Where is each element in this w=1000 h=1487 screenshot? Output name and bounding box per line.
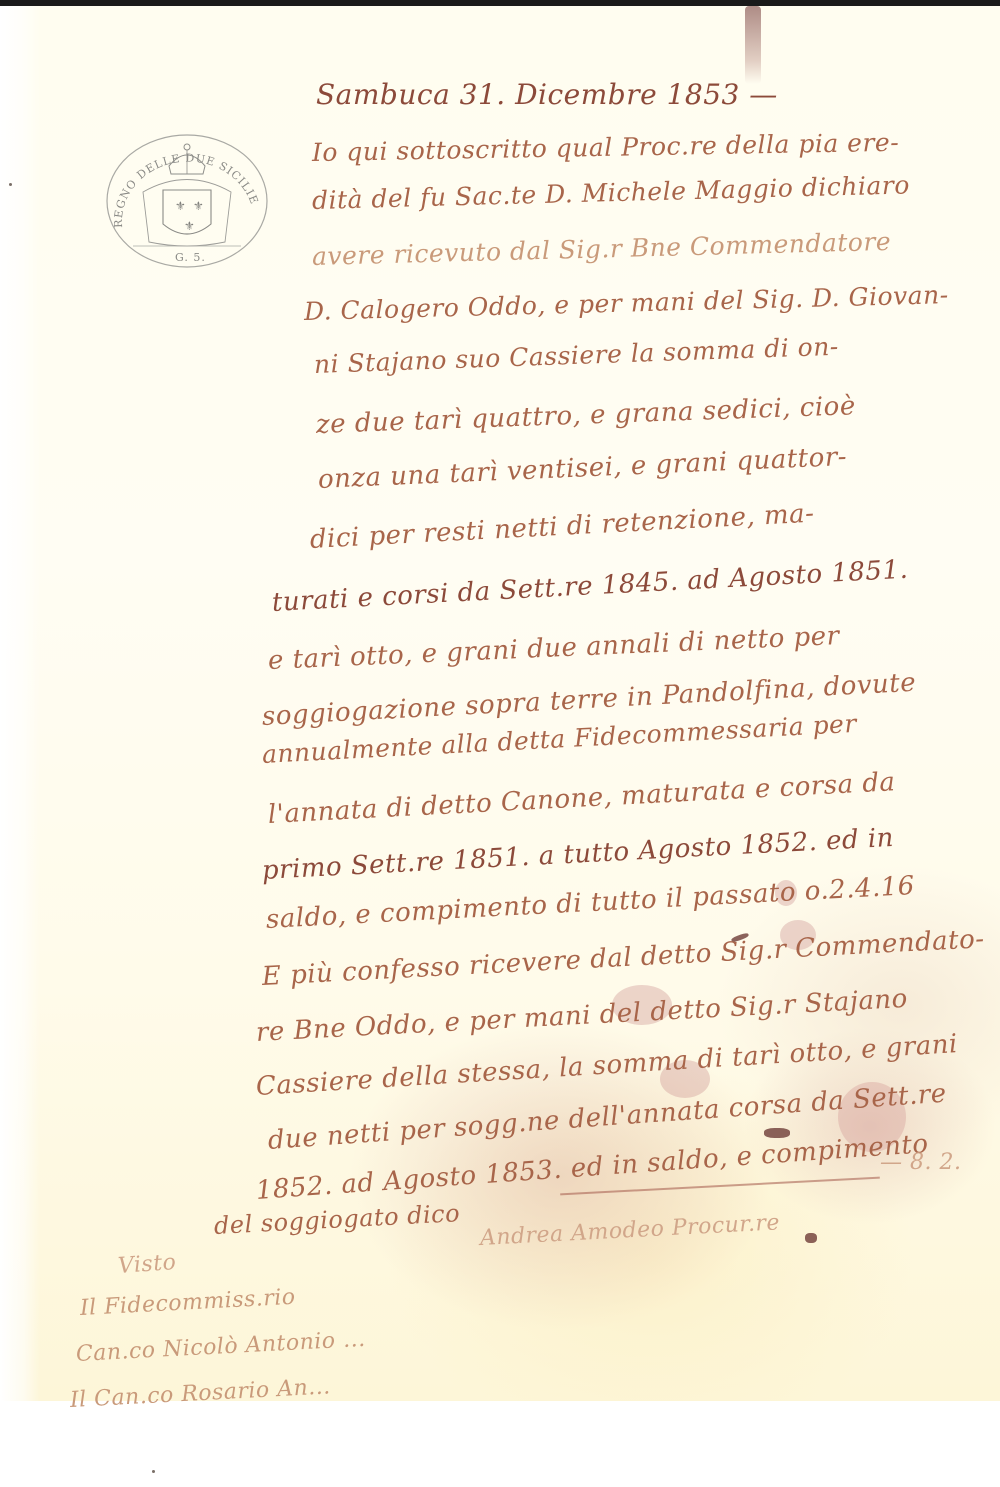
svg-text:⚜: ⚜: [184, 219, 195, 233]
svg-text:⚜: ⚜: [193, 199, 204, 213]
document-date-line: Sambuca 31. Dicembre 1853 —: [316, 78, 778, 111]
seal-denomination: G. 5.: [175, 251, 206, 264]
margin-note-line: Visto: [117, 1250, 177, 1279]
ink-blot: [805, 1233, 817, 1243]
amount-note: — 8. 2.: [880, 1150, 961, 1175]
revenue-seal: REGNO DELLE DUE SICILIE ⚜ ⚜ ⚜ G. 5.: [103, 132, 271, 270]
ink-blot: [764, 1128, 790, 1138]
svg-text:⚜: ⚜: [175, 199, 186, 213]
paper-left-edge: [0, 6, 40, 1401]
scan-speck: [152, 1470, 155, 1473]
scan-speck: [9, 183, 12, 186]
stain-vertical-top: [745, 6, 761, 84]
seal-emblem-icon: REGNO DELLE DUE SICILIE ⚜ ⚜ ⚜ G. 5.: [103, 132, 271, 270]
